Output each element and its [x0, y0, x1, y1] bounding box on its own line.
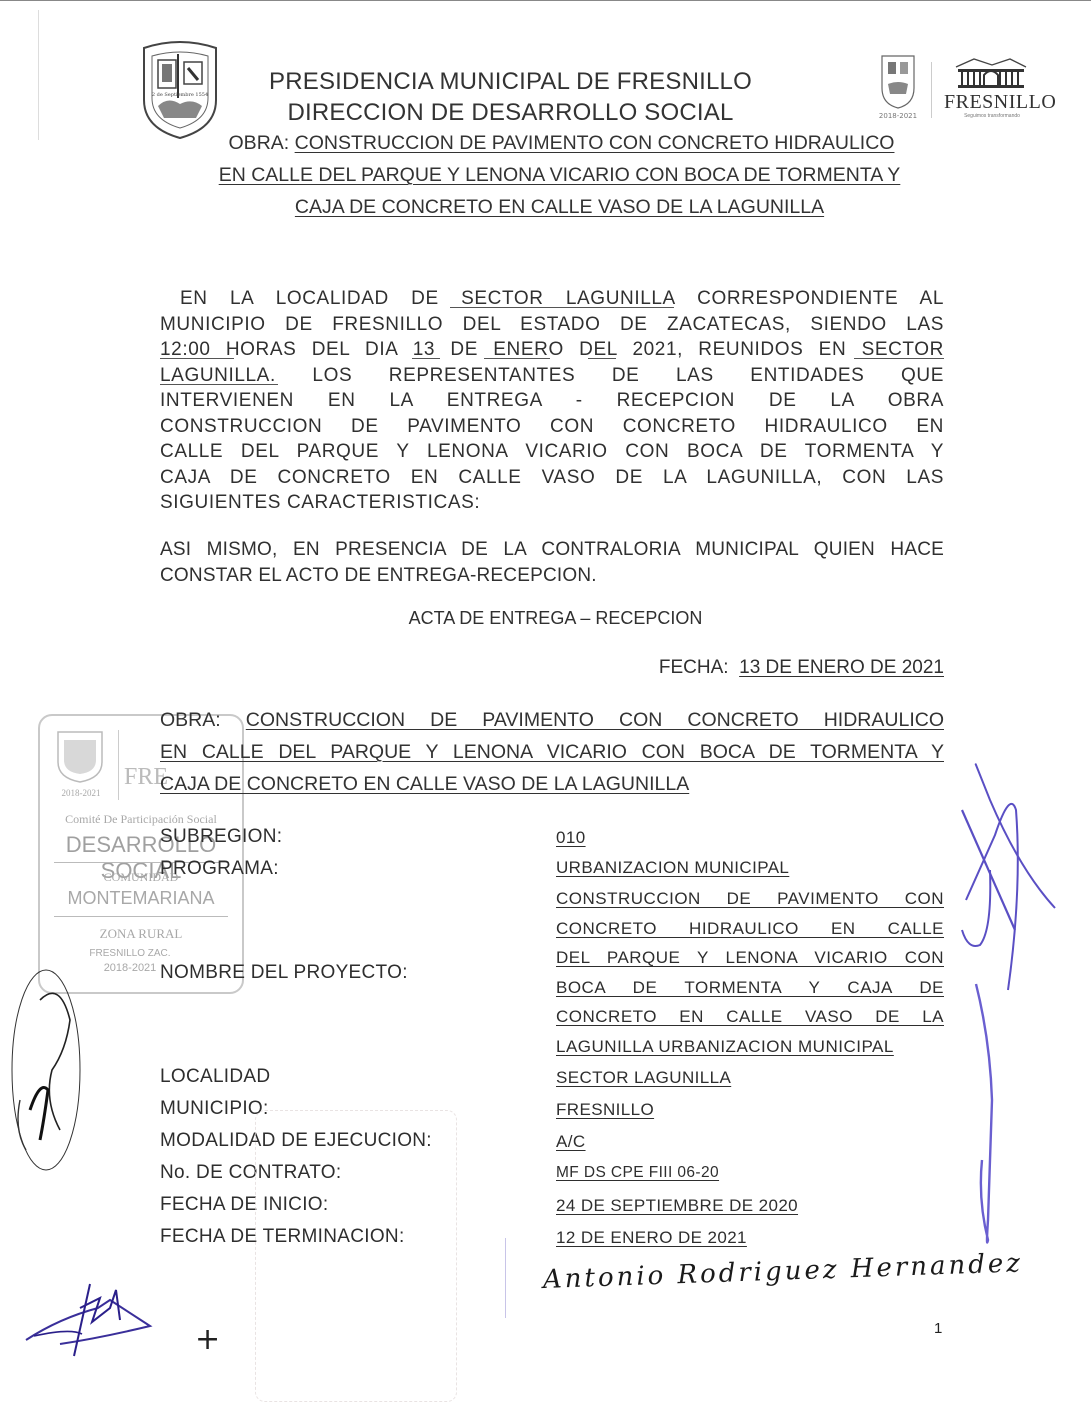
stamp-line4: MONTEMARIANA	[40, 888, 242, 909]
label-nombre-proyecto: NOMBRE DEL PROYECTO:	[160, 962, 408, 984]
obra-heading-line2: EN CALLE DEL PARQUE Y LENONA VICARIO CON…	[0, 164, 1091, 187]
act-title: ACTA DE ENTREGA – RECEPCION	[0, 608, 1091, 629]
value-nombre-proyecto: CONSTRUCCION DE PAVIMENTO CON CONCRETO H…	[556, 884, 944, 1061]
signature-right-blue	[960, 740, 1070, 1260]
stamp-line6: FRESNILLO ZAC.	[40, 948, 220, 959]
value-modalidad: A/C	[556, 1132, 586, 1152]
project-name-line: CONSTRUCCION DE PAVIMENTO CON	[556, 884, 944, 914]
obra-heading-line1: OBRA: CONSTRUCCION DE PAVIMENTO CON CONC…	[0, 132, 1091, 155]
faint-vertical-mark	[505, 1238, 506, 1318]
value-fecha-terminacion: 12 DE ENERO DE 2021	[556, 1228, 747, 1248]
intro-line: MUNICIPIO DE FRESNILLO DEL ESTADO DE ZAC…	[160, 312, 944, 338]
second-paragraph-line: CONSTAR EL ACTO DE ENTREGA-RECEPCION.	[160, 563, 944, 589]
fresnillo-brand-logo: FRESNILLO Seguimos transformando	[944, 55, 1040, 119]
value-fecha-inicio: 24 DE SEPTIEMBRE DE 2020	[556, 1196, 798, 1216]
blank-underline-mes	[484, 358, 550, 359]
logo-divider	[931, 62, 932, 118]
blank-underline-hora	[160, 358, 234, 359]
fresnillo-tagline: Seguimos transformando	[944, 113, 1040, 119]
stamp-line5: ZONA RURAL	[40, 926, 242, 942]
scan-edge-line	[0, 0, 1091, 1]
stamp-line1: Comité De Participación Social	[40, 812, 242, 827]
intro-line: CONSTRUCCION DE PAVIMENTO CON CONCRETO H…	[160, 414, 944, 440]
value-municipio: FRESNILLO	[556, 1100, 654, 1120]
value-programa: URBANIZACION MUNICIPAL	[556, 858, 789, 878]
obra-heading-text-1: CONSTRUCCION DE PAVIMENTO CON CONCRETO H…	[295, 132, 895, 154]
obra-block-label: OBRA:	[160, 709, 221, 731]
project-name-line: CONCRETO EN CALLE VASO DE LA	[556, 1002, 944, 1032]
value-subregion: 010	[556, 828, 586, 848]
project-name-line: LAGUNILLA URBANIZACION MUNICIPAL	[556, 1032, 944, 1062]
faint-stamp-bottom	[255, 1110, 457, 1402]
stamp-divider	[54, 916, 228, 917]
plus-mark: +	[195, 1322, 220, 1357]
intro-line: CAJA DE CONCRETO EN CALLE VASO DE LA LAG…	[160, 465, 944, 491]
obra-block-line1: OBRA: CONSTRUCCION DE PAVIMENTO CON CONC…	[160, 704, 944, 736]
value-localidad: SECTOR LAGUNILLA	[556, 1068, 731, 1088]
stamp-vertical-divider	[118, 730, 119, 800]
blank-underline-anio	[588, 358, 616, 359]
obra-block: OBRA: CONSTRUCCION DE PAVIMENTO CON CONC…	[160, 704, 944, 800]
project-name-line: BOCA DE TORMENTA Y CAJA DE	[556, 973, 944, 1003]
label-programa: PROGRAMA:	[160, 858, 279, 880]
blank-underline-localidad	[450, 307, 674, 308]
handwritten-name: Antonio Rodriguez Hernandez	[542, 1248, 1023, 1295]
fecha-row: FECHA: 13 DE ENERO DE 2021	[659, 657, 944, 679]
stamp-seal-icon	[54, 728, 106, 786]
signature-bottom-left-blue	[20, 1278, 160, 1358]
obra-block-line3: CAJA DE CONCRETO EN CALLE VASO DE LA LAG…	[160, 768, 944, 800]
intro-line-text: EN LA LOCALIDAD DE SECTOR LAGUNILLA CORR…	[180, 288, 944, 309]
page-number: 1	[934, 1320, 942, 1337]
intro-line: INTERVIENEN EN LA ENTREGA - RECEPCION DE…	[160, 388, 944, 414]
fresnillo-brand-text: FRESNILLO	[944, 91, 1040, 114]
obra-block-line2: EN CALLE DEL PARQUE Y LENONA VICARIO CON…	[160, 736, 944, 768]
intro-paragraph: EN LA LOCALIDAD DE SECTOR LAGUNILLA CORR…	[160, 286, 944, 516]
intro-line: CALLE DEL PARQUE Y LENONA VICARIO CON BO…	[160, 439, 944, 465]
value-contrato: MF DS CPE FIII 06-20	[556, 1164, 719, 1182]
intro-line: SIGUIENTES CARACTERISTICAS:	[160, 490, 944, 516]
second-paragraph-line: ASI MISMO, EN PRESENCIA DE LA CONTRALORI…	[160, 537, 944, 563]
blank-underline-lugar-2	[160, 384, 278, 385]
stamp-seal-years: 2018-2021	[48, 788, 114, 798]
right-seal-logo: 2018-2021	[878, 52, 918, 122]
intro-line: 12:00 HORAS DEL DIA 13 DE ENERO DEL 2021…	[160, 337, 944, 363]
blank-underline-lugar-1	[854, 358, 944, 359]
second-paragraph: ASI MISMO, EN PRESENCIA DE LA CONTRALORI…	[160, 537, 944, 588]
project-name-line: DEL PARQUE Y LENONA VICARIO CON	[556, 943, 944, 973]
project-name-line: CONCRETO HIDRAULICO EN CALLE	[556, 914, 944, 944]
signature-left-vertical	[0, 960, 90, 1180]
fecha-value: 13 DE ENERO DE 2021	[739, 657, 944, 678]
fecha-label: FECHA:	[659, 657, 729, 678]
blank-underline-dia	[412, 358, 440, 359]
label-localidad: LOCALIDAD	[160, 1066, 270, 1088]
label-subregion: SUBREGION:	[160, 826, 282, 848]
obra-heading-line3: CAJA DE CONCRETO EN CALLE VASO DE LA LAG…	[0, 196, 1091, 219]
obra-block-text: CONSTRUCCION DE PAVIMENTO CON CONCRETO H…	[246, 709, 944, 731]
obra-heading-label: OBRA:	[229, 132, 290, 154]
svg-text:2018-2021: 2018-2021	[879, 112, 917, 120]
label-municipio: MUNICIPIO:	[160, 1098, 269, 1120]
